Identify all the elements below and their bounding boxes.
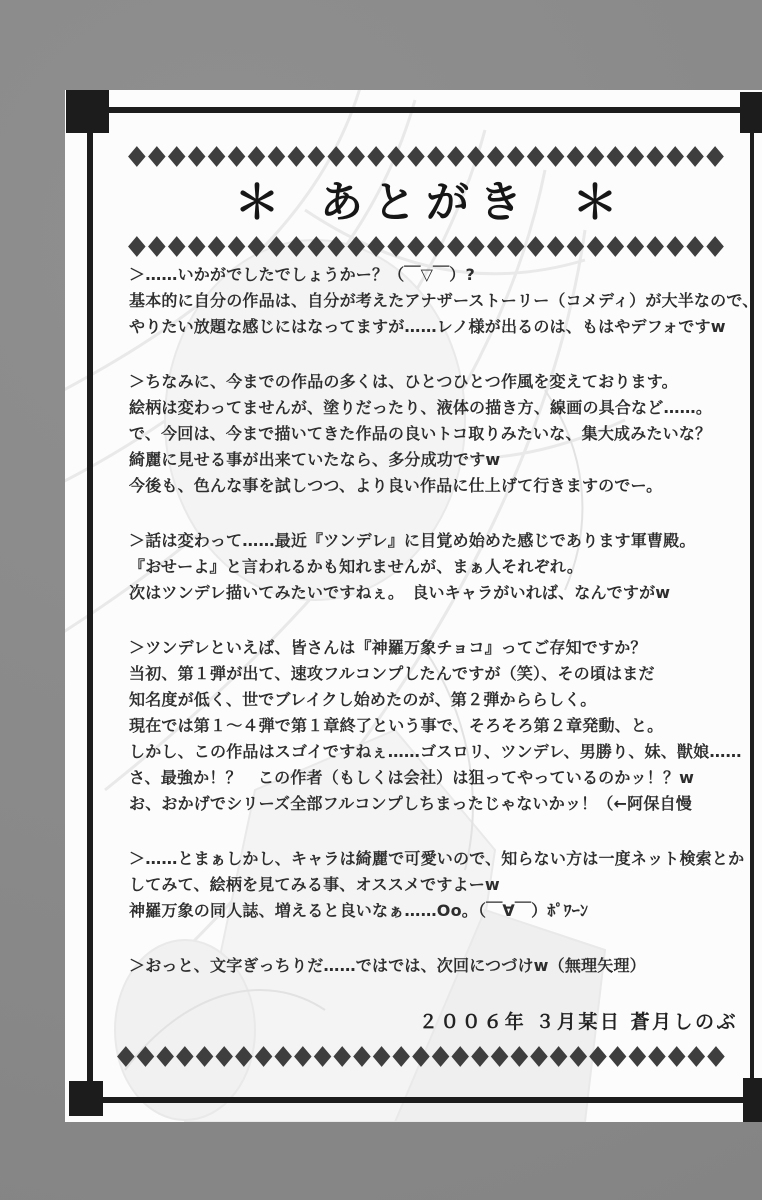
diamond-icon: ◆	[427, 140, 445, 171]
diamond-icon: ◆	[491, 1040, 509, 1071]
diamond-icon: ◆	[407, 140, 425, 171]
diamond-icon: ◆	[527, 140, 545, 171]
diamond-icon: ◆	[628, 1040, 646, 1071]
diamond-icon: ◆	[274, 1040, 292, 1071]
diamond-icon: ◆	[666, 140, 684, 171]
diamond-icon: ◆	[188, 230, 206, 261]
diamond-icon: ◆	[527, 230, 545, 261]
diamond-icon: ◆	[235, 1040, 253, 1071]
diamond-icon: ◆	[148, 140, 166, 171]
diamond-icon: ◆	[706, 230, 724, 261]
diamond-icon: ◆	[626, 230, 644, 261]
diamond-icon: ◆	[327, 140, 345, 171]
frame-rule-left	[87, 133, 93, 1081]
diamond-icon: ◆	[392, 1040, 410, 1071]
diamond-icon: ◆	[215, 1040, 233, 1071]
frame-corner-bottom-right	[743, 1078, 762, 1122]
diamond-icon: ◆	[156, 1040, 174, 1071]
diamond-icon: ◆	[432, 1040, 450, 1071]
diamond-icon: ◆	[569, 1040, 587, 1071]
diamond-icon: ◆	[288, 140, 306, 171]
diamond-icon: ◆	[248, 230, 266, 261]
text-line: ＞……とまぁしかし、キャラは綺麗で可愛いので、知らない方は一度ネット検索とか	[129, 846, 745, 872]
diamond-icon: ◆	[128, 230, 146, 261]
text-line: で、今回は、今まで描いてきた作品の良いトコ取りみたいな、集大成みたいな？	[129, 421, 745, 447]
diamond-icon: ◆	[168, 230, 186, 261]
diamond-icon: ◆	[137, 1040, 155, 1071]
diamond-icon: ◆	[626, 140, 644, 171]
diamond-icon: ◆	[646, 230, 664, 261]
diamond-icon: ◆	[288, 230, 306, 261]
diamond-icon: ◆	[447, 140, 465, 171]
diamond-icon: ◆	[407, 230, 425, 261]
diamond-icon: ◆	[427, 230, 445, 261]
diamond-icon: ◆	[587, 230, 605, 261]
diamond-icon: ◆	[451, 1040, 469, 1071]
frame-corner-top-right	[740, 92, 762, 133]
diamond-icon: ◆	[589, 1040, 607, 1071]
diamond-icon: ◆	[686, 140, 704, 171]
diamond-icon: ◆	[255, 1040, 273, 1071]
diamond-icon: ◆	[353, 1040, 371, 1071]
diamond-icon: ◆	[268, 230, 286, 261]
text-line: 現在では第１～４弾で第１章終了という事で、そろそろ第２章発動、と。	[129, 713, 745, 739]
diamond-icon: ◆	[208, 140, 226, 171]
diamond-icon: ◆	[128, 140, 146, 171]
afterword-body-text: ＞……いかがでしたでしょうかー？（￣▽￣）?基本的に自分の作品は、自分が考えたア…	[129, 262, 745, 1008]
diamond-icon: ◆	[307, 140, 325, 171]
text-line: ＞おっと、文字ぎっちりだ……ではでは、次回につづけw（無理矢理）	[129, 953, 745, 979]
diamond-icon: ◆	[333, 1040, 351, 1071]
diamond-icon: ◆	[507, 140, 525, 171]
text-line: やりたい放題な感じにはなってますが……レノ様が出るのは、もはやデフォですw	[129, 314, 745, 340]
paragraph: ＞ツンデレといえば、皆さんは『神羅万象チョコ』ってご存知ですか？当初、第１弾が出…	[129, 635, 745, 817]
paragraph: ＞おっと、文字ぎっちりだ……ではでは、次回につづけw（無理矢理）	[129, 953, 745, 979]
text-line: 基本的に自分の作品は、自分が考えたアナザーストーリー（コメディ）が大半なので、	[129, 288, 745, 314]
text-line: 絵柄は変わってませんが、塗りだったり、液体の描き方、線画の具合など……。	[129, 395, 745, 421]
diamond-icon: ◆	[148, 230, 166, 261]
text-line: 当初、第１弾が出て、速攻フルコンプしたんですが（笑）、その頃はまだ	[129, 661, 745, 687]
diamond-icon: ◆	[168, 140, 186, 171]
text-line: 今後も、色んな事を試しつつ、より良い作品に仕上げて行きますのでー。	[129, 473, 745, 499]
diamond-icon: ◆	[294, 1040, 312, 1071]
diamond-icon: ◆	[487, 140, 505, 171]
text-line: 次はツンデレ描いてみたいですねぇ。 良いキャラがいれば、なんですがw	[129, 580, 745, 606]
diamond-ornament-row-bottom: ◆◆◆◆◆◆◆◆◆◆◆◆◆◆◆◆◆◆◆◆◆◆◆◆◆◆◆◆◆◆◆	[117, 1042, 725, 1068]
text-line: お、おかげでシリーズ全部フルコンプしちまったじゃないかッ！（←阿保自慢	[129, 791, 745, 817]
text-line: 神羅万象の同人誌、増えると良いなぁ……Oo。（￣∀￣）ﾎﾟﾜｰﾝ	[129, 898, 745, 924]
diamond-icon: ◆	[666, 230, 684, 261]
diamond-icon: ◆	[373, 1040, 391, 1071]
diamond-icon: ◆	[387, 230, 405, 261]
diamond-icon: ◆	[314, 1040, 332, 1071]
diamond-icon: ◆	[646, 140, 664, 171]
text-line: しかし、この作品はスゴイですねぇ……ゴスロリ、ツンデレ、男勝り、妹、獣娘……	[129, 739, 745, 765]
text-line: さ、最強か！？ この作者（もしくは会社）は狙ってやっているのかッ！？w	[129, 765, 745, 791]
text-line: ＞ツンデレといえば、皆さんは『神羅万象チョコ』ってご存知ですか？	[129, 635, 745, 661]
diamond-icon: ◆	[530, 1040, 548, 1071]
paragraph: ＞……いかがでしたでしょうかー？（￣▽￣）?基本的に自分の作品は、自分が考えたア…	[129, 262, 745, 340]
diamond-icon: ◆	[327, 230, 345, 261]
diamond-icon: ◆	[117, 1040, 135, 1071]
diamond-icon: ◆	[471, 1040, 489, 1071]
manga-page: ◆◆◆◆◆◆◆◆◆◆◆◆◆◆◆◆◆◆◆◆◆◆◆◆◆◆◆◆◆◆ ＊ あとがき ＊ …	[65, 90, 762, 1122]
text-line: してみて、絵柄を見てみる事、オススメですよーw	[129, 872, 745, 898]
paragraph: ＞ちなみに、今までの作品の多くは、ひとつひとつ作風を変えております。絵柄は変わっ…	[129, 369, 745, 499]
paragraph: ＞話は変わって……最近『ツンデレ』に目覚め始めた感じであります軍曹殿。『おせーよ…	[129, 528, 745, 606]
diamond-icon: ◆	[648, 1040, 666, 1071]
text-line: ＞ちなみに、今までの作品の多くは、ひとつひとつ作風を変えております。	[129, 369, 745, 395]
diamond-icon: ◆	[196, 1040, 214, 1071]
diamond-icon: ◆	[707, 1040, 725, 1071]
asterisk-ornament-right: ＊	[572, 166, 618, 232]
text-line: 綺麗に見せる事が出来ていたなら、多分成功ですw	[129, 447, 745, 473]
diamond-icon: ◆	[567, 230, 585, 261]
text-line: ＞……いかがでしたでしょうかー？（￣▽￣）?	[129, 262, 745, 288]
diamond-icon: ◆	[668, 1040, 686, 1071]
date-signature: ２００６年 ３月某日 蒼月しのぶ	[130, 1007, 738, 1034]
diamond-icon: ◆	[687, 1040, 705, 1071]
diamond-icon: ◆	[609, 1040, 627, 1071]
diamond-icon: ◆	[547, 230, 565, 261]
diamond-ornament-row-top-2: ◆◆◆◆◆◆◆◆◆◆◆◆◆◆◆◆◆◆◆◆◆◆◆◆◆◆◆◆◆◆	[128, 232, 724, 258]
diamond-icon: ◆	[387, 140, 405, 171]
diamond-icon: ◆	[467, 140, 485, 171]
frame-rule-right	[750, 133, 754, 1078]
text-line: 知名度が低く、世でブレイクし始めたのが、第２弾かららしく。	[129, 687, 745, 713]
frame-corner-top-left	[66, 90, 109, 133]
diamond-icon: ◆	[607, 230, 625, 261]
page-title: ＊ あとがき ＊	[128, 168, 724, 230]
diamond-icon: ◆	[547, 140, 565, 171]
diamond-icon: ◆	[228, 230, 246, 261]
diamond-icon: ◆	[208, 230, 226, 261]
frame-rule-top	[109, 107, 740, 113]
page-title-text: あとがき	[320, 169, 532, 230]
diamond-ornament-row-top-1: ◆◆◆◆◆◆◆◆◆◆◆◆◆◆◆◆◆◆◆◆◆◆◆◆◆◆◆◆◆◆	[128, 142, 724, 168]
diamond-icon: ◆	[188, 140, 206, 171]
diamond-icon: ◆	[347, 230, 365, 261]
diamond-icon: ◆	[447, 230, 465, 261]
paragraph: ＞……とまぁしかし、キャラは綺麗で可愛いので、知らない方は一度ネット検索とかして…	[129, 846, 745, 924]
diamond-icon: ◆	[686, 230, 704, 261]
diamond-icon: ◆	[487, 230, 505, 261]
text-line: 『おせーよ』と言われるかも知れませんが、まぁ人それぞれ。	[129, 554, 745, 580]
diamond-icon: ◆	[367, 140, 385, 171]
diamond-icon: ◆	[412, 1040, 430, 1071]
diamond-icon: ◆	[550, 1040, 568, 1071]
text-line: ＞話は変わって……最近『ツンデレ』に目覚め始めた感じであります軍曹殿。	[129, 528, 745, 554]
diamond-icon: ◆	[307, 230, 325, 261]
diamond-icon: ◆	[467, 230, 485, 261]
diamond-icon: ◆	[510, 1040, 528, 1071]
scanned-page-background: ◆◆◆◆◆◆◆◆◆◆◆◆◆◆◆◆◆◆◆◆◆◆◆◆◆◆◆◆◆◆ ＊ あとがき ＊ …	[0, 0, 762, 1200]
frame-rule-bottom	[102, 1097, 744, 1103]
diamond-icon: ◆	[367, 230, 385, 261]
asterisk-ornament-left: ＊	[234, 166, 280, 232]
diamond-icon: ◆	[507, 230, 525, 261]
diamond-icon: ◆	[347, 140, 365, 171]
frame-corner-bottom-left	[69, 1081, 103, 1116]
diamond-icon: ◆	[706, 140, 724, 171]
diamond-icon: ◆	[176, 1040, 194, 1071]
